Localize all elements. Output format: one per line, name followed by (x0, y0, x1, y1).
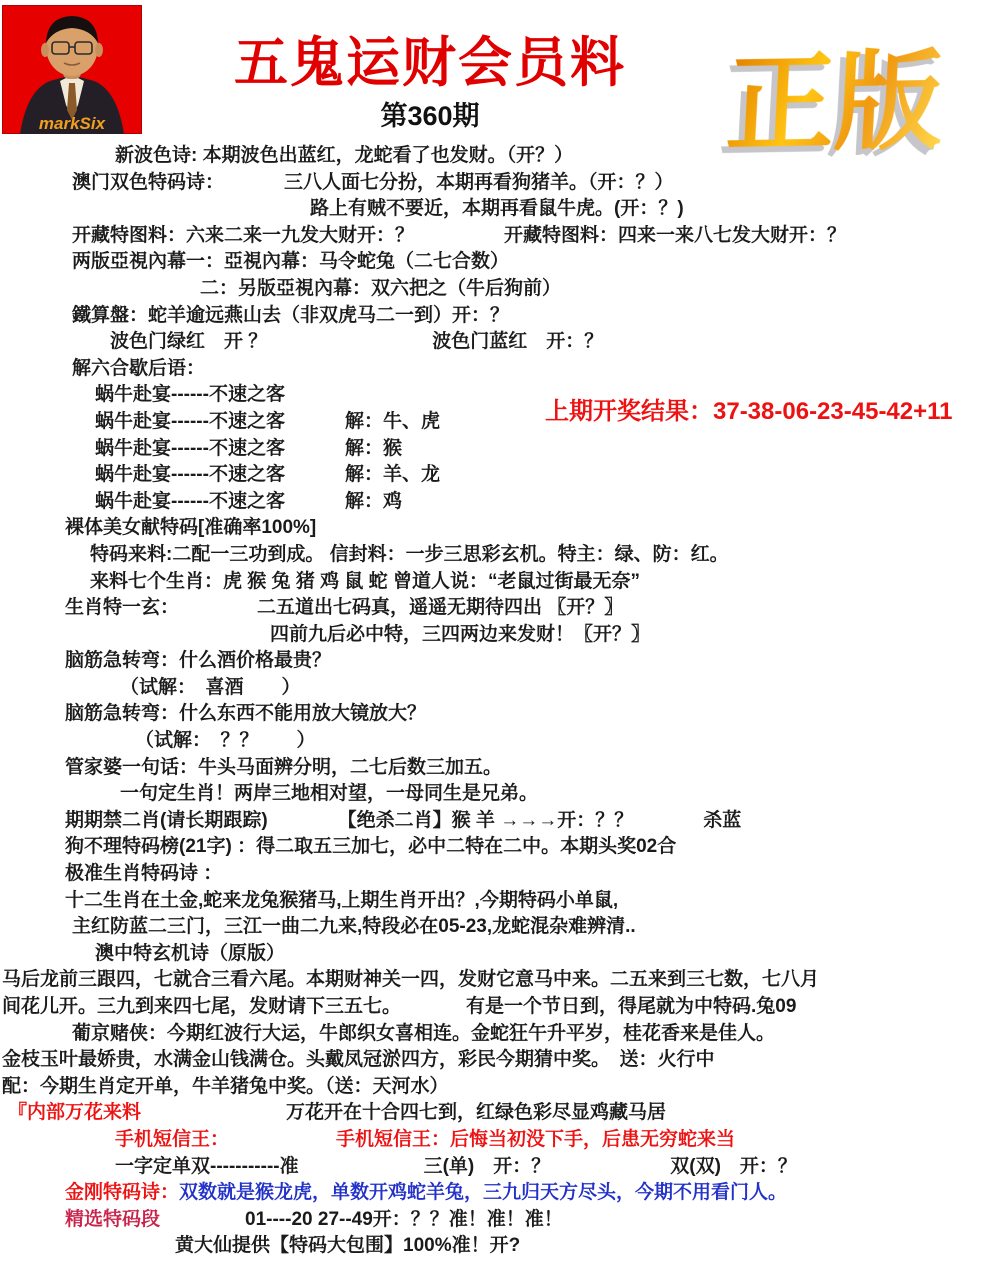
text-line: 手机短信王：手机短信王：后悔当初没下手，后患无穷蛇来当 (0, 1127, 988, 1154)
text-line: 一字定单双-----------准三(单) 开：？双(双) 开：？ (0, 1154, 988, 1181)
text-line: 二：另版亞視內幕：双六把之（牛后狗前） (0, 276, 988, 303)
text-segment: 蜗牛赴宴------不速之客 (95, 436, 285, 463)
text-segment: （试解： 喜酒 ） (120, 675, 301, 702)
text-line: 来料七个生肖：虎 猴 兔 猪 鸡 鼠 蛇 曾道人说：“老鼠过街最无奈” (0, 569, 988, 596)
text-segment: 解：猴 (345, 436, 402, 463)
text-segment: 解：鸡 (345, 489, 402, 516)
text-line: 四前九后必中特，三四两边来发财！〖开？〗 (0, 622, 988, 649)
text-line: 管家婆一句话：牛头马面辨分明，二七后数三加五。 (0, 755, 988, 782)
text-line: 特码来料:二配一三功到成。 信封料：一步三思彩玄机。特主：绿、防：红。 (0, 542, 988, 569)
photo-caption-text: markSix (39, 114, 107, 133)
text-segment: 二五道出七码真，遥遥无期待四出 〖开？〗 (257, 595, 623, 622)
text-segment: 间花儿开。三九到来四七尾，发财请下三五七。 (2, 994, 401, 1021)
text-line: 一句定生肖！两岸三地相对望，一母同生是兄弟。 (0, 781, 988, 808)
text-line: 蜗牛赴宴------不速之客解：羊、龙 (0, 462, 988, 489)
text-segment: 有是一个节日到，得尾就为中特码.兔09 (466, 994, 796, 1021)
text-line: （试解： 喜酒 ） (0, 675, 988, 702)
text-line: 澳中特玄机诗（原版） (0, 941, 988, 968)
text-segment: 蜗牛赴宴------不速之客 (95, 382, 285, 409)
text-line: 黄大仙提供【特码大包围】100%准！开? (0, 1233, 988, 1260)
text-line: 两版亞視內幕一：亞視內幕：马令蛇兔（二七合数） (0, 249, 988, 276)
last-draw-result: 上期开奖结果：37-38-06-23-45-42+11 (545, 391, 953, 426)
text-segment: 手机短信王：后悔当初没下手，后患无穷蛇来当 (336, 1127, 735, 1154)
text-segment: 精选特码段 (65, 1207, 160, 1234)
text-line: 开藏特图料：六来二来一九发大财开：？开藏特图料：四来一来八七发大财开：？ (0, 223, 988, 250)
text-line: 期期禁二肖(请长期跟踪)【绝杀二肖】猴 羊 →→→开：？？杀蓝 (0, 808, 988, 835)
text-segment: 一句定生肖！两岸三地相对望，一母同生是兄弟。 (120, 781, 538, 808)
text-segment: 十二生肖在土金,蛇来龙兔猴猪马,上期生肖开出？,今期特码小单鼠, (65, 888, 618, 915)
text-line: 解六合歇后语： (0, 356, 988, 383)
text-line: 『内部万花来料万花开在十合四七到，红绿色彩尽显鸡藏马居 (0, 1100, 988, 1127)
text-segment: 三八人面七分扮，本期再看狗猪羊。（开：？） (284, 170, 674, 197)
text-line: 主红防蓝二三门，三江一曲二九来,特段必在05-23,龙蛇混杂难辨清.. (0, 914, 988, 941)
text-segment: 01----20 27--49开：？？准！准！准！ (245, 1207, 563, 1234)
text-line: 马后龙前三跟四，七就合三看六尾。本期财神关一四，发财它意马中来。二五来到三七数，… (0, 967, 988, 994)
text-line: 澳门双色特码诗：三八人面七分扮，本期再看狗猪羊。（开：？） (0, 170, 988, 197)
text-segment: 杀蓝 (703, 808, 741, 835)
text-segment: 解：牛、虎 (345, 409, 440, 436)
text-segment: 金刚特码诗： (65, 1180, 179, 1207)
masthead-photo: markSix (2, 5, 142, 134)
text-segment: 解：羊、龙 (345, 462, 440, 489)
text-line: 极准生肖特码诗 ： (0, 861, 988, 888)
text-segment: 主红防蓝二三门，三江一曲二九来,特段必在05-23,龙蛇混杂难辨清.. (72, 914, 636, 941)
text-segment: 开藏特图料：四来一来八七发大财开：？ (504, 223, 846, 250)
text-line: 脑筋急转弯：什么东西不能用放大镜放大？ (0, 701, 988, 728)
text-segment: 四前九后必中特，三四两边来发财！〖开？〗 (270, 622, 650, 649)
text-line: 蜗牛赴宴------不速之客解：猴 (0, 436, 988, 463)
text-segment: （试解： ？？ ） (135, 728, 316, 755)
text-line: 脑筋急转弯：什么酒价格最贵？ (0, 648, 988, 675)
text-segment: 双数就是猴龙虎，单数开鸡蛇羊兔，三九归天方尽头，今期不用看门人。 (179, 1180, 787, 1207)
body-lines: 新波色诗: 本期波色出蓝红，龙蛇看了也发财。（开？）澳门双色特码诗：三八人面七分… (0, 143, 988, 1260)
text-segment: 马后龙前三跟四，七就合三看六尾。本期财神关一四，发财它意马中来。二五来到三七数，… (2, 967, 819, 994)
text-line: 狗不理特码榜(21字) ：得二取五三加七，必中二特在二中。本期头奖02合 (0, 834, 988, 861)
text-line: 新波色诗: 本期波色出蓝红，龙蛇看了也发财。（开？） (0, 143, 988, 170)
text-segment: 万花开在十合四七到，红绿色彩尽显鸡藏马居 (286, 1100, 666, 1127)
text-segment: 葡京赌侠：今期红波行大运，牛郎织女喜相连。金蛇狂午升平岁，桂花香来是佳人。 (72, 1021, 775, 1048)
text-segment: 期期禁二肖(请长期跟踪) (65, 808, 268, 835)
page-title: 五鬼运财会员料 (185, 36, 675, 90)
publisher-portrait-image: markSix (2, 5, 142, 134)
text-line: 金刚特码诗：双数就是猴龙虎，单数开鸡蛇羊兔，三九归天方尽头，今期不用看门人。 (0, 1180, 988, 1207)
flyer-page: { "colors": { "black": "#1b1b1b", "red":… (0, 0, 988, 1284)
text-segment: 蜗牛赴宴------不速之客 (95, 409, 285, 436)
text-line: 生肖特一玄：二五道出七码真，遥遥无期待四出 〖开？〗 (0, 595, 988, 622)
text-segment: 生肖特一玄： (65, 595, 179, 622)
text-segment: 配：今期生肖定开单，牛羊猪兔中奖。（送：天河水） (2, 1074, 449, 1101)
text-segment: 两版亞視內幕一：亞視內幕：马令蛇兔（二七合数） (72, 249, 509, 276)
text-segment: 『内部万花来料 (8, 1100, 141, 1127)
text-segment: 鐵算盤：蛇羊逾远燕山去（非双虎马二一到）开：？ (72, 303, 509, 330)
text-line: 路上有贼不要近，本期再看鼠牛虎。(开：？) (0, 196, 988, 223)
text-line: 波色门绿红 开 ？波色门蓝红 开：？ (0, 329, 988, 356)
issue-number: 第360期 (185, 100, 675, 132)
text-segment: 金枝玉叶最娇贵，水满金山钱满仓。头戴凤冠淤四方，彩民今期猜中奖。 送：火行中 (2, 1047, 715, 1074)
text-segment: 黄大仙提供【特码大包围】100%准！开? (175, 1233, 520, 1260)
text-line: 金枝玉叶最娇贵，水满金山钱满仓。头戴凤冠淤四方，彩民今期猜中奖。 送：火行中 (0, 1047, 988, 1074)
text-segment: 脑筋急转弯：什么东西不能用放大镜放大？ (65, 701, 426, 728)
text-segment: 【绝杀二肖】猴 羊 →→→开：？？ (338, 808, 634, 835)
text-segment: 管家婆一句话：牛头马面辨分明，二七后数三加五。 (65, 755, 502, 782)
text-line: 间花儿开。三九到来四七尾，发财请下三五七。有是一个节日到，得尾就为中特码.兔09 (0, 994, 988, 1021)
text-line: （试解： ？？ ） (0, 728, 988, 755)
text-segment: 波色门绿红 开 ？ (110, 329, 267, 356)
text-segment: 蜗牛赴宴------不速之客 (95, 462, 285, 489)
text-segment: 解六合歇后语： (72, 356, 205, 383)
text-segment: 狗不理特码榜(21字) ：得二取五三加七，必中二特在二中。本期头奖02合 (65, 834, 676, 861)
text-segment: 来料七个生肖：虎 猴 兔 猪 鸡 鼠 蛇 曾道人说：“老鼠过街最无奈” (90, 569, 640, 596)
text-segment: 二：另版亞視內幕：双六把之（牛后狗前） (200, 276, 561, 303)
text-line: 葡京赌侠：今期红波行大运，牛郎织女喜相连。金蛇狂午升平岁，桂花香来是佳人。 (0, 1021, 988, 1048)
text-segment: 波色门蓝红 开：？ (432, 329, 603, 356)
text-segment: 新波色诗: 本期波色出蓝红，龙蛇看了也发财。（开？） (115, 143, 573, 170)
text-segment: 特码来料:二配一三功到成。 信封料：一步三思彩玄机。特主：绿、防：红。 (90, 542, 729, 569)
text-segment: 极准生肖特码诗 ： (65, 861, 222, 888)
text-line: 裸体美女献特码[准确率100%] (0, 515, 988, 542)
text-segment: 路上有贼不要近，本期再看鼠牛虎。(开：？) (310, 196, 684, 223)
text-segment: 双(双) 开：？ (670, 1154, 797, 1181)
text-segment: 一字定单双-----------准 (115, 1154, 299, 1181)
text-line: 鐵算盤：蛇羊逾远燕山去（非双虎马二一到）开：？ (0, 303, 988, 330)
text-segment: 手机短信王： (115, 1127, 229, 1154)
text-segment: 裸体美女献特码[准确率100%] (65, 515, 316, 542)
text-segment: 三(单) 开：？ (424, 1154, 551, 1181)
text-segment: 脑筋急转弯：什么酒价格最贵？ (65, 648, 331, 675)
text-segment: 澳门双色特码诗： (72, 170, 224, 197)
text-line: 蜗牛赴宴------不速之客解：鸡 (0, 489, 988, 516)
text-line: 精选特码段01----20 27--49开：？？准！准！准！ (0, 1207, 988, 1234)
text-segment: 蜗牛赴宴------不速之客 (95, 489, 285, 516)
text-line: 十二生肖在土金,蛇来龙兔猴猪马,上期生肖开出？,今期特码小单鼠, (0, 888, 988, 915)
text-line: 配：今期生肖定开单，牛羊猪兔中奖。（送：天河水） (0, 1074, 988, 1101)
text-segment: 开藏特图料：六来二来一九发大财开：？ (72, 223, 414, 250)
text-segment: 澳中特玄机诗（原版） (95, 941, 285, 968)
